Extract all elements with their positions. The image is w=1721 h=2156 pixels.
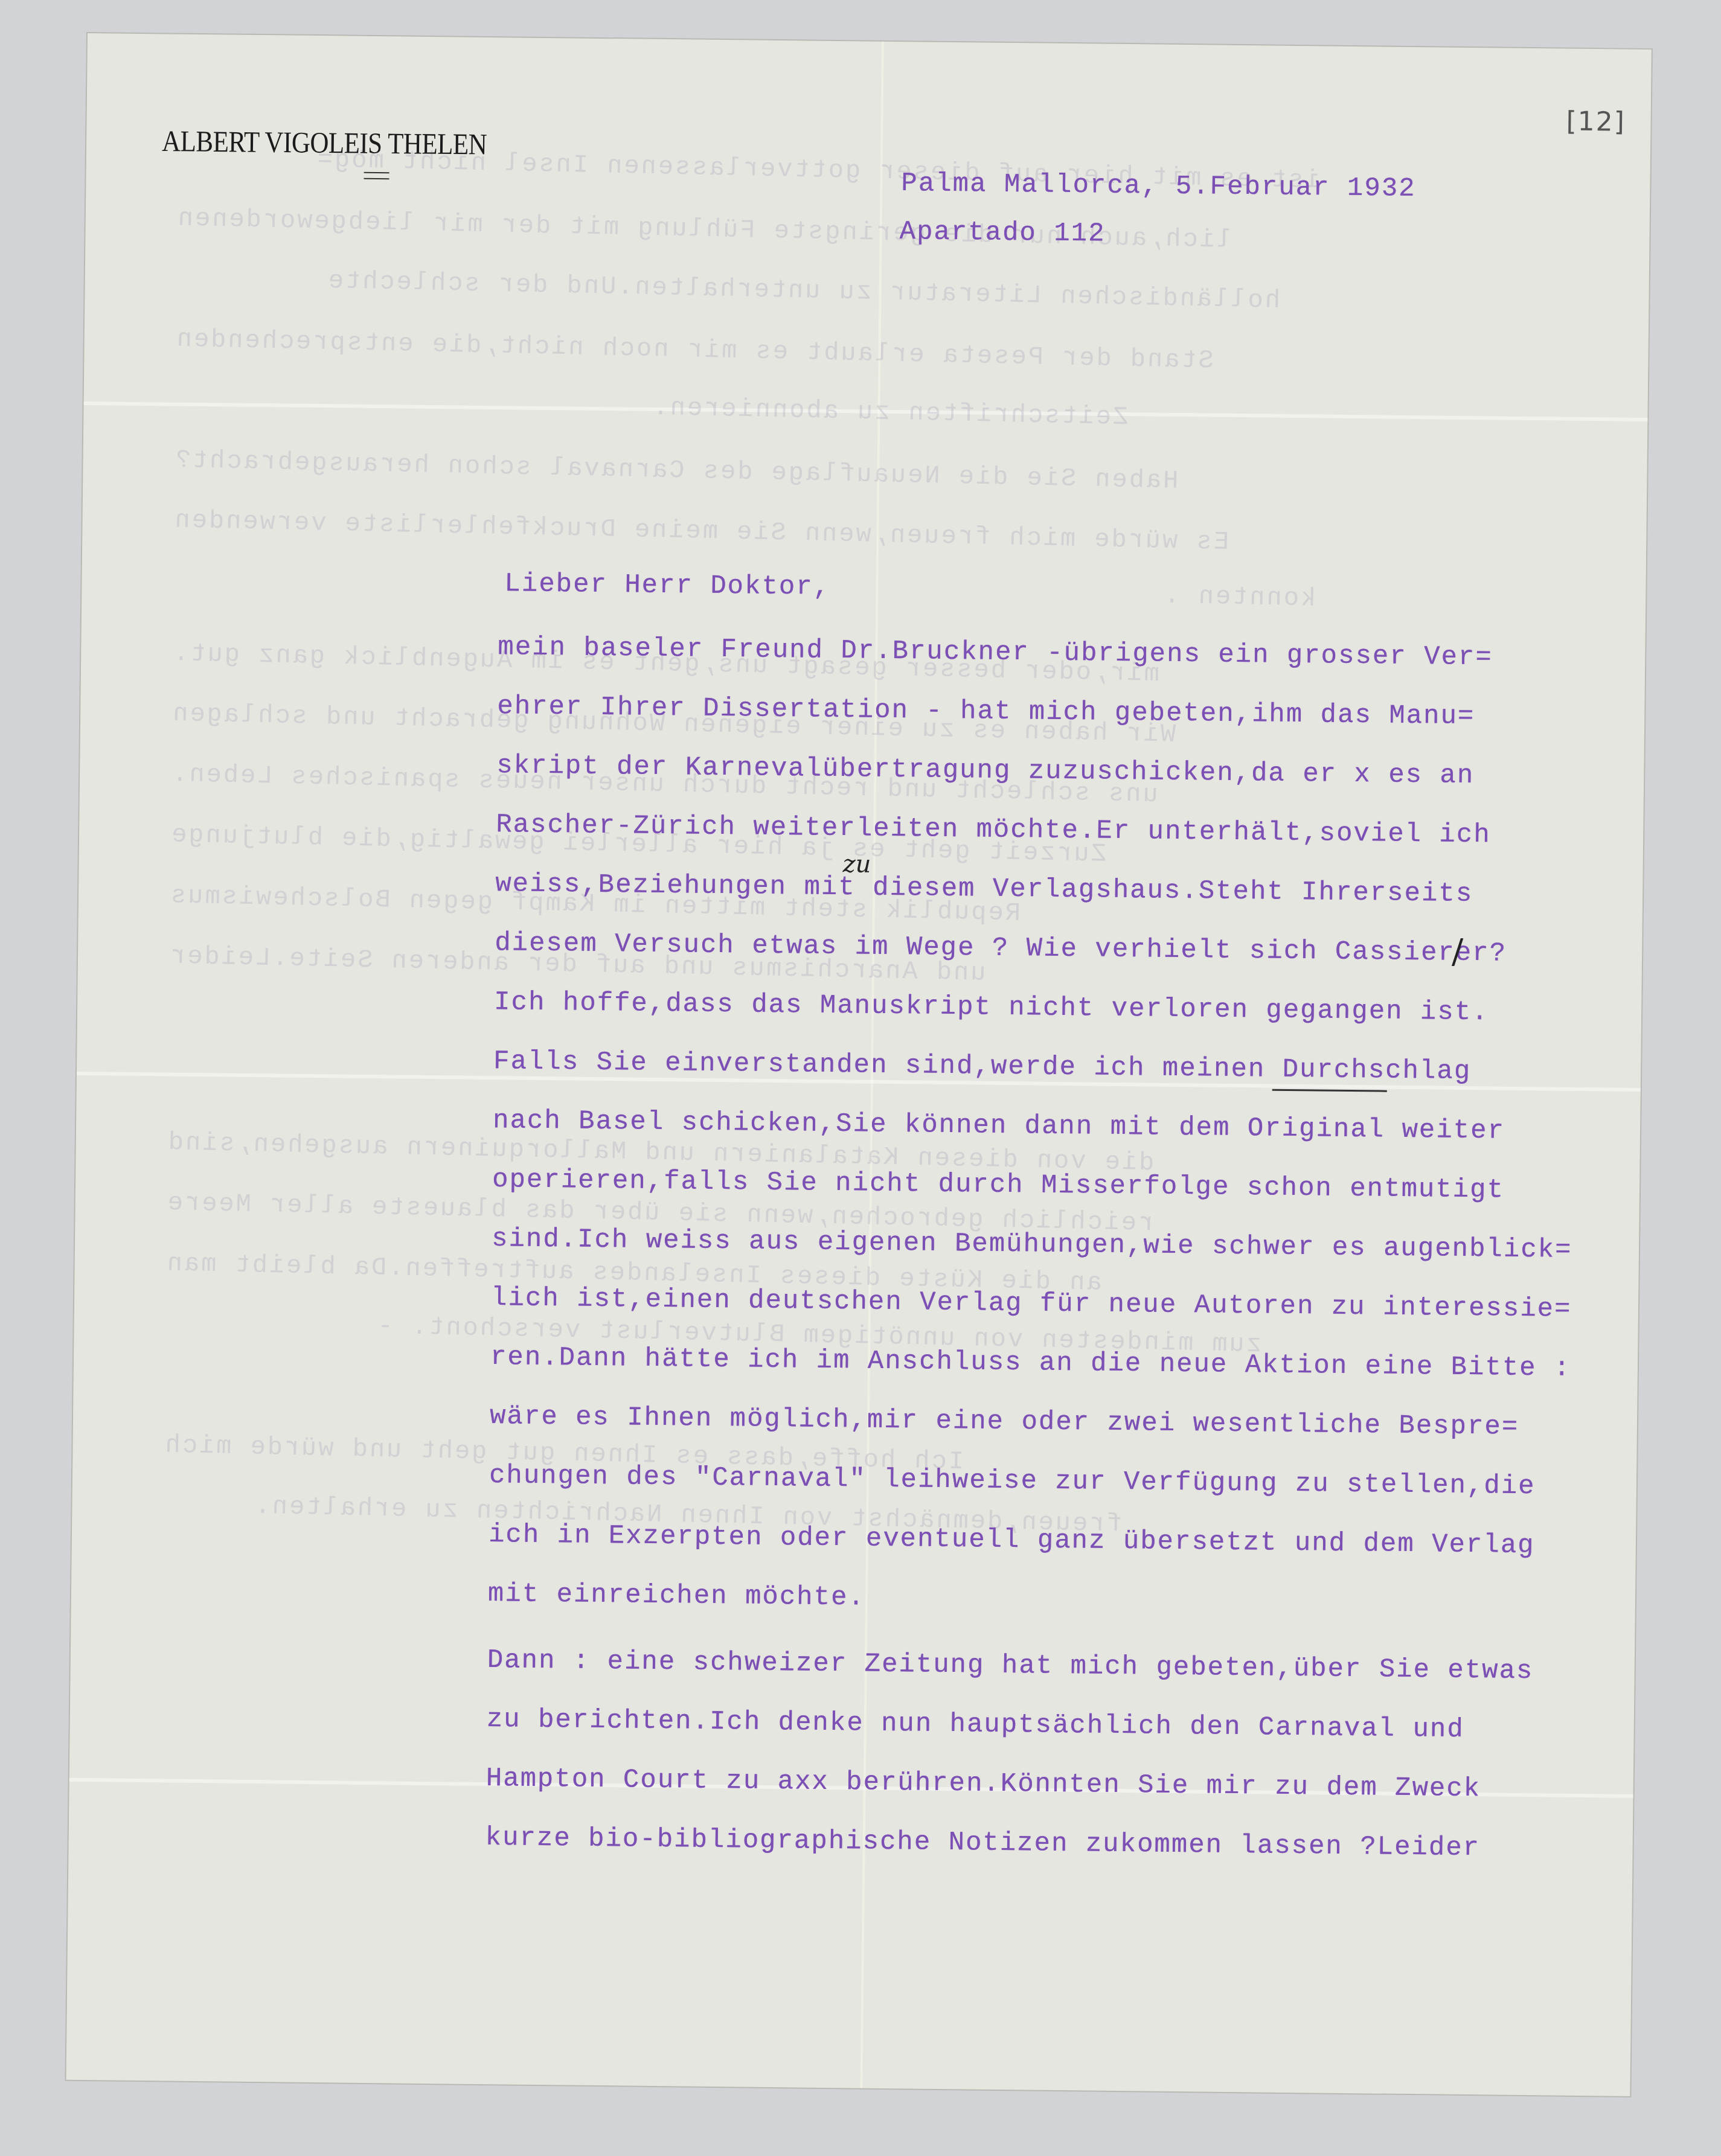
body-line: ich in Exzerpten oder eventuell ganz übe…: [489, 1520, 1535, 1561]
bleed-line: Haben Sie die Neuauflage des Carnaval sc…: [173, 446, 1179, 496]
bleed-line: Stand der Peseta erlaubt es mir noch nic…: [175, 325, 1214, 376]
body-line: Ich hoffe,dass das Manuskript nicht verl…: [494, 987, 1489, 1028]
body-line: kurze bio-bibliographische Notizen zukom…: [485, 1823, 1480, 1863]
body-line: wäre es Ihnen möglich,mir eine oder zwei…: [490, 1401, 1519, 1442]
bleed-line: holländischen Literatur zu unterhalten.U…: [326, 266, 1280, 315]
body-line: Dann : eine schweizer Zeitung hat mich g…: [487, 1645, 1534, 1686]
body-line: ren.Dann hätte ich im Anschluss an die n…: [490, 1342, 1571, 1384]
body-line: mit einreichen möchte.: [488, 1579, 865, 1613]
po-box-address: Apartado 112: [899, 217, 1105, 249]
letterhead-sender-name: ALBERT VIGOLEIS THELEN: [162, 124, 487, 162]
salutation: Lieber Herr Doktor,: [504, 569, 830, 603]
body-line: Hampton Court zu axx berühren.Könnten Si…: [486, 1764, 1481, 1804]
archive-page-number: [12]: [1566, 106, 1626, 138]
body-line: zu berichten.Ich denke nun hauptsächlich…: [487, 1704, 1464, 1745]
letterhead-double-rule: [364, 172, 389, 179]
letter-page: ist es mit hier auf dieser gottverlassen…: [66, 33, 1652, 2096]
bleed-line: Es würde mich freuen,wenn Sie meine Druc…: [173, 505, 1229, 557]
bleed-line: konnten .: [1162, 581, 1316, 613]
handwritten-underline: [1272, 1089, 1387, 1092]
handwritten-correction-zu: zu: [842, 850, 871, 878]
place-and-date: Palma Mallorca, 5.Februar 1932: [901, 168, 1416, 204]
bleed-line: Zeitschriften zu abonnieren.: [651, 393, 1129, 432]
body-line: chungen des "Carnaval" leihweise zur Ver…: [489, 1460, 1536, 1502]
handwritten-insert-mark: /: [1452, 932, 1464, 971]
